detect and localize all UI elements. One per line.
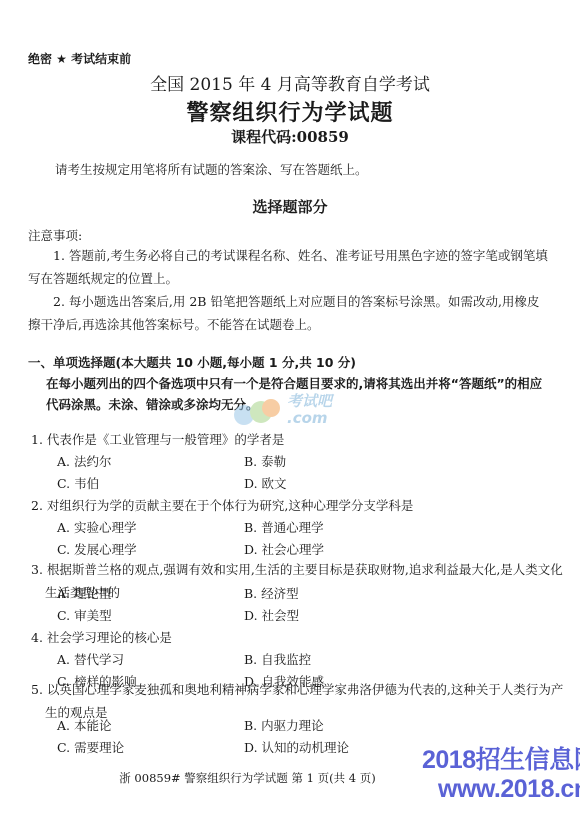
option-c: C. 审美型 xyxy=(57,606,112,624)
option-b: B. 泰勒 xyxy=(244,452,286,470)
notes-label: 注意事项: xyxy=(28,226,82,244)
option-a: A. 本能论 xyxy=(57,716,111,734)
note-item: 1. 答题前,考生务必将自己的考试课程名称、姓名、准考证号用黑色字迹的签字笔或钢… xyxy=(28,244,548,290)
option-b: B. 普通心理学 xyxy=(244,518,324,536)
option-a: A. 替代学习 xyxy=(57,650,124,668)
watermark-logo-icon xyxy=(262,399,280,417)
option-d: D. 认知的动机理论 xyxy=(244,738,349,756)
question-stem: 2. 对组织行为学的贡献主要在于个体行为研究,这种心理学分支学科是 xyxy=(31,496,413,514)
page-title: 警察组织行为学试题 xyxy=(0,96,580,127)
note-item: 2. 每小题选出答案后,用 2B 铅笔把答题纸上对应题目的答案标号涂黑。如需改动… xyxy=(28,290,548,336)
option-c: C. 韦伯 xyxy=(57,474,99,492)
option-d: D. 社会型 xyxy=(244,606,299,624)
course-code: 课程代码:00859 xyxy=(0,126,580,147)
option-a: A. 实验心理学 xyxy=(57,518,136,536)
option-c: C. 发展心理学 xyxy=(57,540,137,558)
option-a: A. 理论型 xyxy=(57,584,111,602)
option-b: B. 经济型 xyxy=(244,584,299,602)
section-title: 选择题部分 xyxy=(0,196,580,217)
question-stem: 4. 社会学习理论的核心是 xyxy=(31,628,172,646)
option-d: D. 欧文 xyxy=(244,474,287,492)
answer-instruction: 请考生按规定用笔将所有试题的答案涂、写在答题纸上。 xyxy=(55,160,368,178)
option-b: B. 内驱力理论 xyxy=(244,716,324,734)
part-heading: 一、单项选择题(本大题共 10 小题,每小题 1 分,共 10 分) xyxy=(28,353,356,371)
option-d: D. 社会心理学 xyxy=(244,540,324,558)
question-stem: 1. 代表作是《工业管理与一般管理》的学者是 xyxy=(31,430,284,448)
confidential-label: 绝密 ★ 考试结束前 xyxy=(28,50,131,67)
watermark-site-name: 2018招生信息网 xyxy=(422,746,580,774)
option-a: A. 法约尔 xyxy=(57,452,111,470)
page-footer: 浙 00859# 警察组织行为学试题 第 1 页(共 4 页) xyxy=(0,770,485,786)
option-c: C. 需要理论 xyxy=(57,738,124,756)
option-b: B. 自我监控 xyxy=(244,650,311,668)
watermark-site-url: www.2018.cn xyxy=(438,775,580,803)
exam-session-line: 全国 2015 年 4 月高等教育自学考试 xyxy=(0,70,580,95)
watermark-text: 考试吧.com xyxy=(287,393,332,427)
